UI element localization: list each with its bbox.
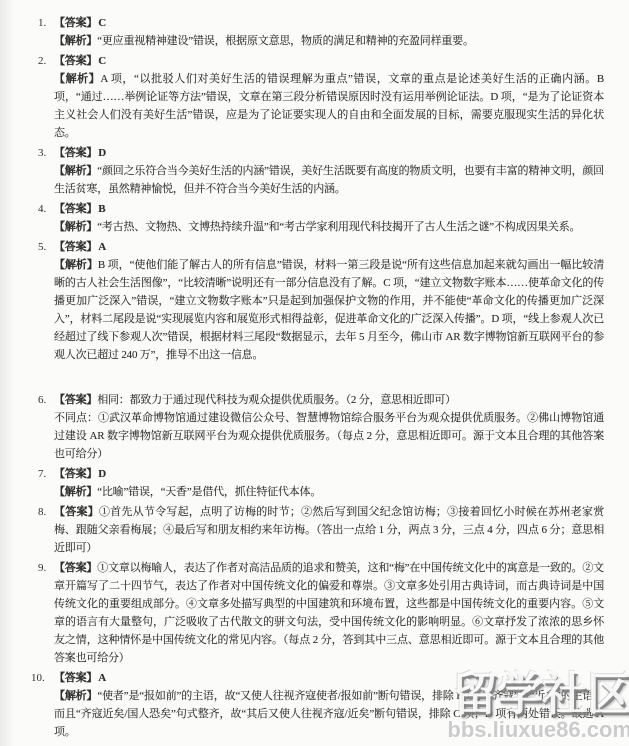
answer-label: 【答案】 bbox=[54, 17, 97, 29]
qa-item-4: 4. 【答案】B 【解析】“考古热、文物热、文博热持续升温”和“考古学家利用现代… bbox=[39, 200, 604, 236]
item-2-answer-text: C bbox=[97, 55, 106, 67]
scan-edge-shadow bbox=[0, 0, 14, 746]
item-3-analysis-text: “颜回之乐符合当今美好生活的内涵”错误，美好生活既要有高度的物质文明，也要有丰富… bbox=[54, 165, 604, 195]
analysis-label: 【解析】 bbox=[54, 690, 97, 702]
item-6-answer-diff: 不同点：①武汉革命博物馆通过建设微信公众号、智慧博物馆综合服务平台为观众提供优质… bbox=[54, 409, 604, 463]
qa-item-8: 8. 【答案】①首先从节令写起，点明了访梅的时节；②然后写到国父纪念馆访梅；③接… bbox=[39, 503, 604, 557]
item-4-analysis-text: “考古热、文物热、文博热持续升温”和“考古学家利用现代科技揭开了古人生活之谜”不… bbox=[97, 221, 580, 233]
item-7-answer: 【答案】D bbox=[54, 465, 604, 483]
item-8-answer: 【答案】①首先从节令写起，点明了访梅的时节；②然后写到国父纪念馆访梅；③接着回忆… bbox=[54, 503, 604, 557]
item-5-analysis: 【解析】B 项，“使他们能了解古人的所有信息”错误，材料一第三段是说“所有这些信… bbox=[54, 256, 604, 364]
qa-item-7: 7. 【答案】D 【解析】“比喻”错误，“天香”是借代，抓住特征代本体。 bbox=[39, 465, 604, 501]
answer-label: 【答案】 bbox=[54, 672, 97, 684]
item-10-analysis-text: “使者”是“报如前”的主语，故“又使人往视齐寇使者/报如前”断句错误，排除 B … bbox=[54, 690, 604, 738]
item-3-answer: 【答案】D bbox=[54, 144, 604, 162]
item-10-number: 10. bbox=[31, 669, 45, 687]
item-1-analysis: 【解析】“更应重视精神建设”错误，根据原文意思，物质的满足和精神的充盈同样重要。 bbox=[54, 32, 604, 50]
item-10-answer-text: A bbox=[97, 672, 106, 684]
analysis-label: 【解析】 bbox=[54, 35, 97, 47]
answer-label: 【答案】 bbox=[54, 468, 97, 480]
item-5-analysis-text: B 项，“使他们能了解古人的所有信息”错误，材料一第三段是说“所有这些信息加起来… bbox=[54, 259, 604, 361]
answer-label: 【答案】 bbox=[54, 562, 97, 574]
item-7-analysis: 【解析】“比喻”错误，“天香”是借代，抓住特征代本体。 bbox=[54, 483, 604, 501]
answer-label: 【答案】 bbox=[54, 55, 97, 67]
answer-label: 【答案】 bbox=[54, 241, 97, 253]
item-6-answer-diff-text: 不同点：①武汉革命博物馆通过建设微信公众号、智慧博物馆综合服务平台为观众提供优质… bbox=[54, 412, 604, 460]
qa-item-9: 9. 【答案】①文章以梅喻人，表达了作者对高洁品质的追求和赞美，这和“梅”在中国… bbox=[39, 559, 604, 667]
item-1-analysis-text: “更应重视精神建设”错误，根据原文意思，物质的满足和精神的充盈同样重要。 bbox=[97, 35, 474, 47]
qa-item-3: 3. 【答案】D 【解析】“颜回之乐符合当今美好生活的内涵”错误，美好生活既要有… bbox=[39, 144, 604, 198]
item-4-answer: 【答案】B bbox=[54, 200, 604, 218]
item-3-number: 3. bbox=[38, 144, 46, 162]
item-2-analysis: 【解析】A 项，“以批驳人们对美好生活的错误理解为重点”错误，文章的重点是论述美… bbox=[54, 70, 604, 142]
item-7-answer-text: D bbox=[97, 468, 106, 480]
answer-label: 【答案】 bbox=[54, 203, 97, 215]
item-9-answer: 【答案】①文章以梅喻人，表达了作者对高洁品质的追求和赞美，这和“梅”在中国传统文… bbox=[54, 559, 604, 667]
analysis-label: 【解析】 bbox=[54, 259, 98, 271]
analysis-label: 【解析】 bbox=[54, 165, 97, 177]
qa-item-5: 5. 【答案】A 【解析】B 项，“使他们能了解古人的所有信息”错误，材料一第三… bbox=[39, 238, 604, 364]
item-6-answer-same-text: 相同：都致力于通过现代科技为观众提供优质服务。（2 分，意思相近即可） bbox=[97, 394, 456, 406]
item-8-answer-text: ①首先从节令写起，点明了访梅的时节；②然后写到国父纪念馆访梅；③接着回忆小时候在… bbox=[54, 506, 604, 554]
item-4-answer-text: B bbox=[97, 203, 105, 215]
item-4-number: 4. bbox=[38, 200, 46, 218]
item-5-answer: 【答案】A bbox=[54, 238, 604, 256]
item-7-number: 7. bbox=[38, 465, 46, 483]
qa-item-6: 6. 【答案】相同：都致力于通过现代科技为观众提供优质服务。（2 分，意思相近即… bbox=[39, 391, 604, 463]
qa-item-1: 1. 【答案】C 【解析】“更应重视精神建设”错误，根据原文意思，物质的满足和精… bbox=[39, 14, 604, 50]
item-10-analysis: 【解析】“使者”是“报如前”的主语，故“又使人往视齐寇使者/报如前”断句错误，排… bbox=[54, 687, 604, 741]
item-2-number: 2. bbox=[38, 52, 46, 70]
item-5-answer-text: A bbox=[97, 241, 106, 253]
item-5-number: 5. bbox=[38, 238, 46, 256]
qa-item-10: 10. 【答案】A 【解析】“使者”是“报如前”的主语，故“又使人往视齐寇使者/… bbox=[39, 669, 604, 741]
item-6-answer-same: 【答案】相同：都致力于通过现代科技为观众提供优质服务。（2 分，意思相近即可） bbox=[54, 391, 604, 409]
analysis-label: 【解析】 bbox=[54, 221, 97, 233]
item-9-number: 9. bbox=[38, 559, 46, 577]
item-1-answer: 【答案】C bbox=[54, 14, 604, 32]
item-4-analysis: 【解析】“考古热、文物热、文博热持续升温”和“考古学家利用现代科技揭开了古人生活… bbox=[54, 218, 604, 236]
analysis-label: 【解析】 bbox=[54, 486, 97, 498]
scanned-answer-key-page: 1. 【答案】C 【解析】“更应重视精神建设”错误，根据原文意思，物质的满足和精… bbox=[0, 0, 629, 746]
analysis-label: 【解析】 bbox=[54, 73, 100, 85]
item-1-number: 1. bbox=[38, 14, 46, 32]
item-10-answer: 【答案】A bbox=[54, 669, 604, 687]
qa-item-2: 2. 【答案】C 【解析】A 项，“以批驳人们对美好生活的错误理解为重点”错误，… bbox=[39, 52, 604, 142]
item-9-answer-text: ①文章以梅喻人，表达了作者对高洁品质的追求和赞美，这和“梅”在中国传统文化中的寓… bbox=[54, 562, 604, 664]
item-8-number: 8. bbox=[38, 503, 46, 521]
answer-label: 【答案】 bbox=[54, 147, 97, 159]
item-2-analysis-text: A 项，“以批驳人们对美好生活的错误理解为重点”错误，文章的重点是论述美好生活的… bbox=[54, 73, 604, 139]
item-2-answer: 【答案】C bbox=[54, 52, 604, 70]
item-7-analysis-text: “比喻”错误，“天香”是借代，抓住特征代本体。 bbox=[97, 486, 321, 498]
item-6-number: 6. bbox=[38, 391, 46, 409]
answer-key-body: 1. 【答案】C 【解析】“更应重视精神建设”错误，根据原文意思，物质的满足和精… bbox=[39, 14, 604, 743]
item-3-answer-text: D bbox=[97, 147, 106, 159]
item-1-answer-text: C bbox=[97, 17, 106, 29]
item-3-analysis: 【解析】“颜回之乐符合当今美好生活的内涵”错误，美好生活既要有高度的物质文明，也… bbox=[54, 162, 604, 198]
answer-label: 【答案】 bbox=[54, 394, 97, 406]
answer-label: 【答案】 bbox=[54, 506, 99, 518]
